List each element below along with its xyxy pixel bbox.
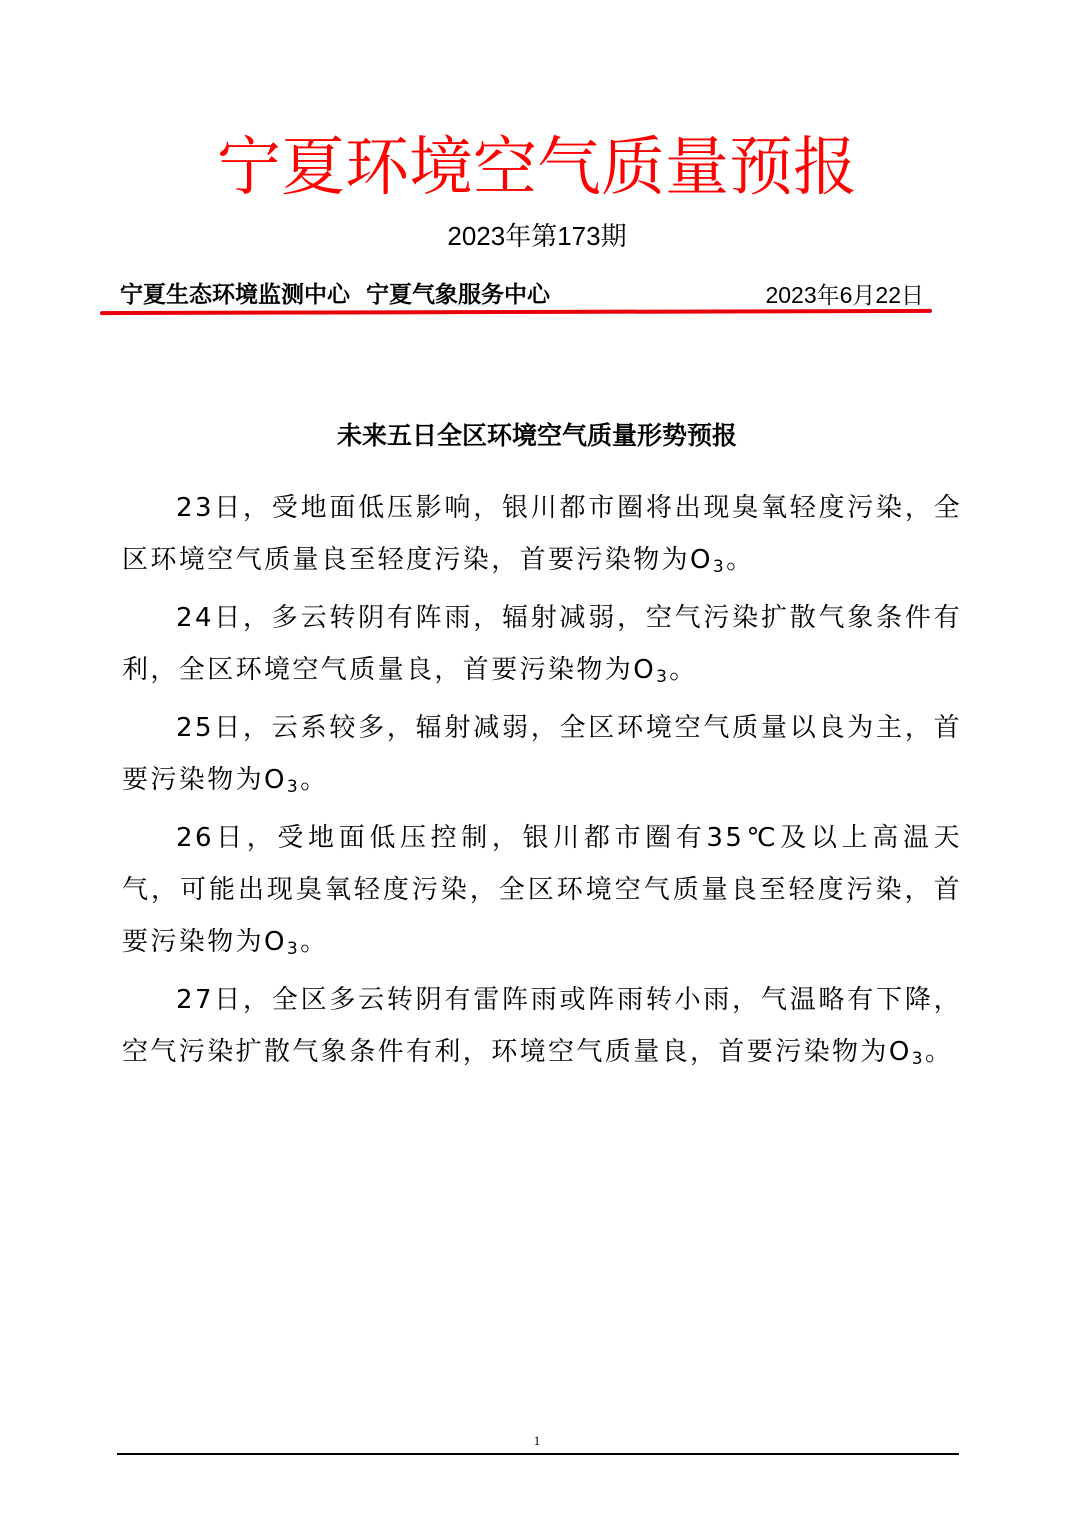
publish-date: 2023年6月22日: [765, 278, 924, 312]
pollutant-o3: O3: [889, 1037, 925, 1067]
pollutant-o3: O3: [690, 545, 726, 575]
forecast-paragraph-23: 23日，受地面低压影响，银川都市圈将出现臭氧轻度污染，全区环境空气质量良至轻度污…: [122, 482, 962, 586]
forecast-paragraph-27: 27日，全区多云转阴有雷阵雨或阵雨转小雨，气温略有下降，空气污染扩散气象条件有利…: [122, 974, 962, 1078]
footer-divider: [117, 1453, 959, 1455]
issue-number: 2023年第173期: [0, 218, 1074, 254]
pollutant-o3: O3: [264, 765, 300, 795]
forecast-paragraph-26: 26日，受地面低压控制，银川都市圈有35℃及以上高温天气，可能出现臭氧轻度污染，…: [122, 812, 962, 968]
pollutant-o3: O3: [264, 927, 300, 957]
forecast-paragraph-25: 25日，云系较多，辐射减弱，全区环境空气质量以良为主，首要污染物为O3。: [122, 702, 962, 806]
page-number: 1: [0, 1433, 1074, 1449]
section-title: 未来五日全区环境空气质量形势预报: [0, 418, 1074, 454]
pollutant-o3: O3: [633, 655, 669, 685]
forecast-paragraph-24: 24日，多云转阴有阵雨，辐射减弱，空气污染扩散气象条件有利，全区环境空气质量良，…: [122, 592, 962, 696]
red-divider: [100, 309, 932, 315]
masthead-title: 宁夏环境空气质量预报: [0, 128, 1074, 208]
publisher-names: 宁夏生态环境监测中心 宁夏气象服务中心: [120, 278, 550, 312]
publisher-row: 宁夏生态环境监测中心 宁夏气象服务中心 2023年6月22日: [120, 278, 928, 312]
forecast-body: 23日，受地面低压影响，银川都市圈将出现臭氧轻度污染，全区环境空气质量良至轻度污…: [122, 482, 962, 1084]
